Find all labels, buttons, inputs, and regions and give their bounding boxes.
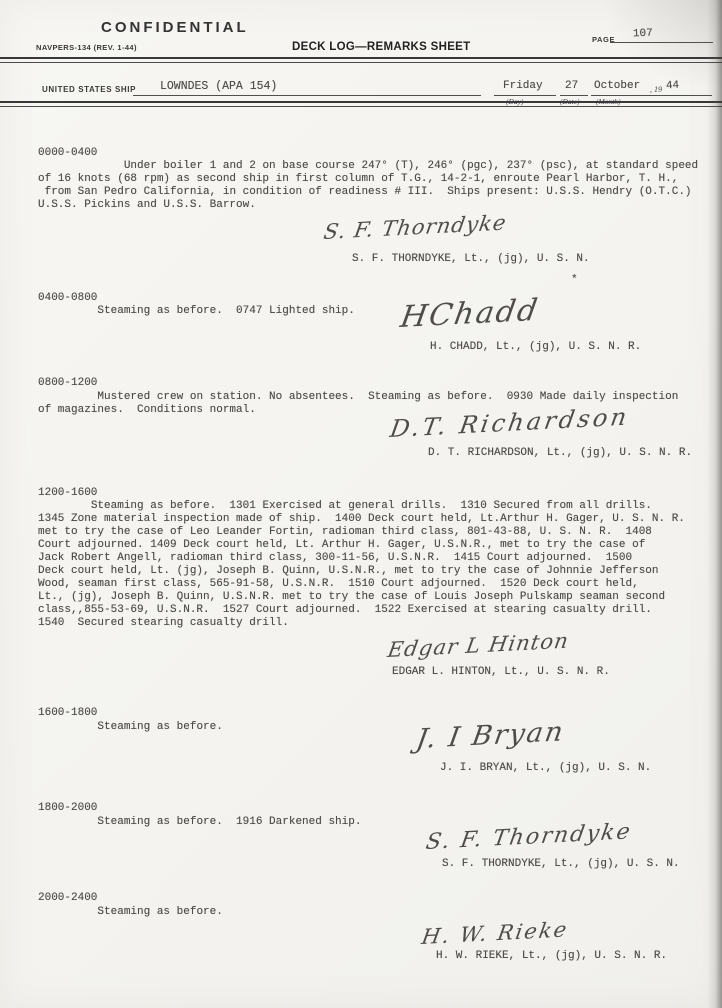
ship-name-line [133, 95, 481, 96]
entry-time: 1800-2000 [38, 802, 97, 815]
entry-text: Steaming as before. [38, 721, 722, 734]
signature-script: J. I Bryan [414, 716, 567, 755]
date-year-line [648, 95, 712, 96]
signature-script: S. F. Thorndyke [322, 211, 508, 244]
signature-typed: EDGAR L. HINTON, Lt., U. S. N. R. [392, 666, 610, 679]
entry-text: Steaming as before. 1301 Exercised at ge… [38, 500, 722, 630]
signature-typed: J. I. BRYAN, Lt., (jg), U. S. N. [440, 762, 651, 775]
stray-mark: * [571, 274, 578, 287]
signature-script: HChadd [398, 293, 542, 335]
signature-typed: S. F. THORNDYKE, Lt., (jg), U. S. N. [352, 253, 590, 266]
entry-time: 1200-1600 [38, 487, 97, 500]
signature-script: H. W. Rieke [420, 917, 570, 949]
date-date-line [560, 95, 588, 96]
signature-typed: H. W. RIEKE, Lt., (jg), U. S. N. R. [436, 950, 667, 963]
entry-time: 0000-0400 [38, 147, 97, 160]
signature-script: Edgar L Hinton [386, 629, 571, 662]
date-day-line [494, 95, 556, 96]
form-number: NAVPERS-134 (REV. 1-44) [36, 43, 137, 52]
signature-typed: H. CHADD, Lt., (jg), U. S. N. R. [430, 341, 641, 354]
entry-time: 1600-1800 [38, 707, 97, 720]
date-month-line [591, 95, 653, 96]
entry-text: Steaming as before. [38, 906, 722, 919]
entry-time: 0400-0800 [38, 292, 97, 305]
classification-stamp: CONFIDENTIAL [101, 19, 249, 36]
ship-name: LOWNDES (APA 154) [160, 80, 277, 93]
entry-time: 2000-2400 [38, 892, 97, 905]
scan-shadow-top-right [602, 0, 722, 90]
ship-label: UNITED STATES SHIP [42, 85, 136, 94]
page-title: DECK LOG—REMARKS SHEET [292, 41, 470, 53]
signature-typed: D. T. RICHARDSON, Lt., (jg), U. S. N. R. [428, 447, 692, 460]
document-page: CONFIDENTIAL PAGE 107 NAVPERS-134 (REV. … [0, 0, 722, 1008]
entry-text: Under boiler 1 and 2 on base course 247°… [38, 160, 722, 212]
entry-time: 0800-1200 [38, 377, 97, 390]
entry-text: Steaming as before. 0747 Lighted ship. [38, 305, 722, 318]
date-day: Friday [503, 80, 543, 93]
scan-shadow-right-edge [707, 0, 722, 1008]
date-date: 27 [565, 80, 578, 93]
signature-typed: S. F. THORNDYKE, Lt., (jg), U. S. N. [442, 858, 680, 871]
subheader-rule [0, 101, 722, 107]
